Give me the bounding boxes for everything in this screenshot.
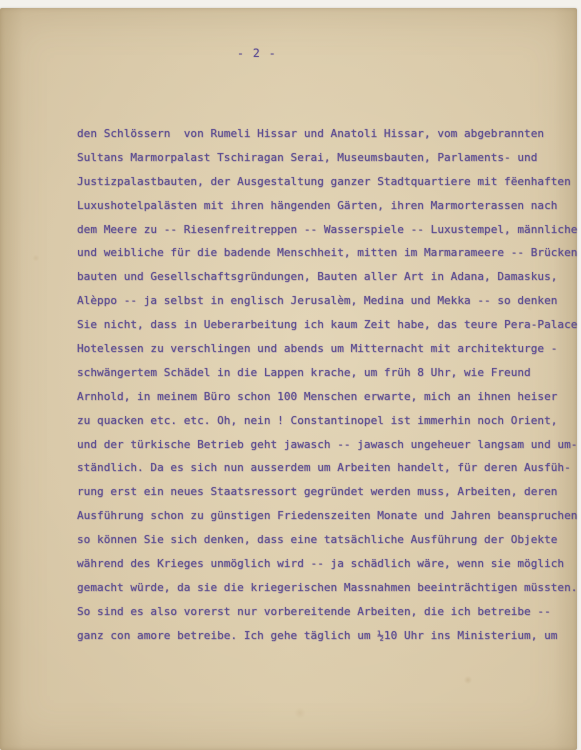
letter-body: den Schlössern von Rumeli Hissar und Ana… xyxy=(77,122,557,648)
text-line: und weibliche für die badende Menschheit… xyxy=(77,241,557,265)
text-line: Sultans Marmorpalast Tschiragan Serai, M… xyxy=(77,146,557,170)
text-line: dem Meere zu -- Riesenfreitreppen -- Was… xyxy=(77,218,557,242)
text-line: den Schlössern von Rumeli Hissar und Ana… xyxy=(77,122,557,146)
text-line: gemacht würde, da sie die kriegerischen … xyxy=(77,576,557,600)
text-line: So sind es also vorerst nur vorbereitend… xyxy=(77,600,557,624)
text-line: schwängertem Schädel in die Lappen krach… xyxy=(77,361,557,385)
text-line: und der türkische Betrieb geht jawasch -… xyxy=(77,433,557,457)
text-line: rung erst ein neues Staatsressort gegrün… xyxy=(77,480,557,504)
text-line: Sie nicht, dass in Ueberarbeitung ich ka… xyxy=(77,313,557,337)
text-line: Justizpalastbauten, der Ausgestaltung ga… xyxy=(77,170,557,194)
text-line: während des Krieges unmöglich wird -- ja… xyxy=(77,552,557,576)
page-number: - 2 - xyxy=(237,46,277,60)
text-line: Arnhold, in meinem Büro schon 100 Mensch… xyxy=(77,385,557,409)
text-line: zu quacken etc. etc. Oh, nein ! Constant… xyxy=(77,409,557,433)
paper-sheet: - 2 - den Schlössern von Rumeli Hissar u… xyxy=(0,8,577,750)
text-line: Luxushotelpalästen mit ihren hängenden G… xyxy=(77,194,557,218)
text-line: so können Sie sich denken, dass eine tat… xyxy=(77,528,557,552)
text-line: ständlich. Da es sich nun ausserdem um A… xyxy=(77,456,557,480)
text-line: Alèppo -- ja selbst in englisch Jerusalè… xyxy=(77,289,557,313)
text-line: ganz con amore betreibe. Ich gehe täglic… xyxy=(77,624,557,648)
document-page: - 2 - den Schlössern von Rumeli Hissar u… xyxy=(0,0,581,750)
text-line: bauten und Gesellschaftsgründungen, Baut… xyxy=(77,265,557,289)
text-line: Hotelessen zu verschlingen und abends um… xyxy=(77,337,557,361)
text-line: Ausführung schon zu günstigen Friedensze… xyxy=(77,504,557,528)
